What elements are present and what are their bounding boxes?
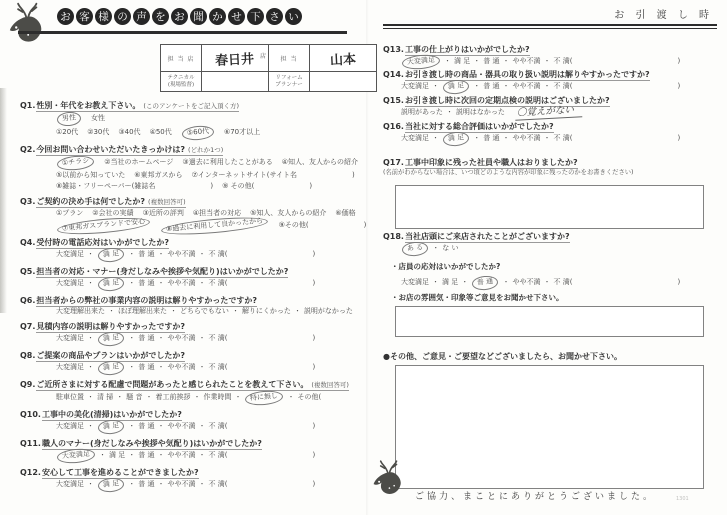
option: ⑧過去に利用して良かったから <box>166 217 264 233</box>
question-q3: Q3.ご契約の決め手は何でしたか?(複数回答可)①プラン②会社の実績③近所の評判… <box>20 196 360 233</box>
store-value-cell: 春日井 店 <box>202 45 269 72</box>
question-number: Q2. <box>20 145 35 154</box>
question-q10: Q10.工事中の美化(清掃)はいかがでしたか?大変満足・満 足・普 通・やや不満… <box>20 409 360 434</box>
separator: ・ <box>157 480 164 488</box>
separator: ・ <box>502 57 509 65</box>
option: ) <box>677 57 680 65</box>
option: ) <box>312 451 315 459</box>
question-note: (どれか1つ) <box>188 146 223 154</box>
banner-char: せ <box>228 8 245 25</box>
option: ) <box>312 480 315 488</box>
option: 普 通 <box>138 363 154 371</box>
separator: ・ <box>432 278 439 286</box>
option: ほぼ理解出来た <box>118 307 167 315</box>
option: ) <box>312 279 315 287</box>
separator: ・ <box>432 244 439 252</box>
question-number: Q9. <box>20 380 35 389</box>
rep-name-handwritten: 山本 <box>330 48 357 68</box>
option: 不 満( <box>553 57 572 65</box>
option: ⑥東邦ガスから <box>134 171 182 179</box>
option: ) <box>312 363 315 371</box>
option: ②当社のホームページ <box>104 158 173 166</box>
question-title: Q6.担当者からの弊社の事業内容の説明は解りやすかったですか? <box>20 295 360 306</box>
option: やや不満 <box>512 278 540 286</box>
option: 不 満( <box>208 480 227 488</box>
separator: ・ <box>198 334 205 342</box>
thanks-message: ご協力、まことにありがとうございました。 <box>415 489 655 502</box>
separator: ・ <box>543 278 550 286</box>
question-number: Q13. <box>383 45 404 54</box>
option: 普 通 <box>477 277 494 286</box>
question-q13: Q13.工事の仕上がりはいかがでしたか?大変満足・満 足・普 通・やや不満・不 … <box>383 44 680 69</box>
option: ②30代 <box>87 128 109 136</box>
option: ) <box>677 278 680 286</box>
option: ⑤以前から知っていた <box>56 171 125 179</box>
banner-char: 下 <box>247 8 264 25</box>
option: 普 通 <box>138 279 154 287</box>
option-line: 大変理解出来た・ほぼ理解出来た・どちらでもない・解りにくかった・説明がなかった <box>20 306 360 317</box>
option: 説明はなかった <box>456 108 505 116</box>
separator: ・ <box>432 82 439 90</box>
separator: ・ <box>87 279 94 287</box>
option: 大変満足 <box>62 450 91 460</box>
option: やや不満 <box>167 480 195 488</box>
option: やや不満 <box>512 57 540 65</box>
question-number: Q10. <box>20 410 41 419</box>
question-title: Q17.工事中印象に残った社員や職人はおりましたか? <box>383 157 634 168</box>
option: ) <box>210 182 213 190</box>
option: 大変満足 <box>56 480 84 488</box>
option-line: 大変満足・満 足・普 通・やや不満・不 満() <box>20 248 360 262</box>
separator: ・ <box>157 279 164 287</box>
pen-circle-mark: 普 通 <box>472 275 499 291</box>
separator: ・ <box>543 134 550 142</box>
option-line: 大変満足・満 足・普 通・やや不満・不 満() <box>383 80 680 94</box>
question-title: Q11.職人のマナー(身だしなみや挨拶や気配り)はいかがでしたか? <box>20 438 360 449</box>
option: ①チラシ <box>62 157 90 167</box>
question-q16: Q16.当社に対する総合評価はいかがでしたか?大変満足・満 足・普 通・やや不満… <box>383 121 680 146</box>
rep-value-cell: 山本 <box>310 45 377 72</box>
option: 大変満足 <box>401 278 429 286</box>
pen-circle-mark: 大変満足 <box>56 447 95 464</box>
option: 大変満足 <box>56 422 84 430</box>
option: 不 満( <box>208 451 227 459</box>
option-line: 駐車位置・清 掃・騒 音・着工前挨拶・作業時間・特に無し・その他() <box>20 391 360 405</box>
separator: ・ <box>502 82 509 90</box>
option: 特に無し <box>250 392 279 402</box>
banner-underline <box>18 31 347 34</box>
question-text: 当社に対する総合評価はいかがでしたか? <box>405 122 554 131</box>
option: やや不満 <box>167 250 195 258</box>
technical-value-cell <box>202 72 269 92</box>
banner-char: 客 <box>76 8 93 25</box>
option: ⑨ その他( <box>222 182 254 190</box>
question-q2: Q2.今回お問い合わせいただいたきっかけは?(どれか1つ)①チラシ②当社のホーム… <box>20 144 360 192</box>
question-title: Q16.当社に対する総合評価はいかがでしたか? <box>383 121 680 132</box>
question-number: Q4. <box>20 238 35 247</box>
question-number: Q5. <box>20 267 35 276</box>
q18box-writein-box[interactable] <box>395 306 704 337</box>
option: 満 足 <box>103 421 120 430</box>
planner-label: リフォームプランナー <box>269 72 310 92</box>
separator: ・ <box>432 134 439 142</box>
question-q8: Q8.ご提案の商品やプランはいかがでしたか?大変満足・満 足・普 通・やや不満・… <box>20 350 360 375</box>
question-text: 今回お問い合わせいただいたきっかけは? <box>36 145 185 154</box>
right-blocks: Q13.工事の仕上がりはいかがでしたか?大変満足・満 足・普 通・やや不満・不 … <box>383 0 719 515</box>
option: 普 通 <box>138 334 154 342</box>
question-text: 安心して工事を進めることができましたか? <box>42 468 199 477</box>
option: 満 足 <box>448 81 465 90</box>
banner-char: い <box>285 8 302 25</box>
separator: ・ <box>116 393 123 401</box>
separator: ・ <box>128 279 135 287</box>
option: ) <box>312 422 315 430</box>
option: 大変満足 <box>56 334 84 342</box>
option: ⑨その他( <box>279 221 309 229</box>
question-text: 工事中印象に残った社員や職人はおりましたか? <box>405 158 578 167</box>
q18sub2-label: ・お店の雰囲気・印象等ご意見をお聞かせ下さい。 <box>391 292 564 303</box>
pen-circle-mark: 男性 <box>56 111 81 127</box>
pen-circle-mark: 満 足 <box>97 247 124 263</box>
pen-circle-mark: ⑤60代 <box>181 125 214 142</box>
separator: ・ <box>198 422 205 430</box>
option: ③過去に利用したことがある <box>182 158 272 166</box>
option-line: 男性女性 <box>20 112 360 126</box>
option: ⑤60代 <box>186 127 209 137</box>
question-number: Q16. <box>383 122 404 131</box>
separator: ・ <box>157 363 164 371</box>
option-line: 大変満足・満 足・普 通・やや不満・不 満() <box>20 478 360 492</box>
store-suffix: 店 <box>260 51 266 60</box>
option: 普 通 <box>483 134 499 142</box>
option-line: ⑧雑誌・フリーペーパー(雑誌名)⑨ その他() <box>20 181 360 192</box>
option: ⑥70才以上 <box>224 128 260 136</box>
question-text: ご契約の決め手は何でしたか? <box>36 197 145 206</box>
separator: ・ <box>128 422 135 430</box>
option: 不 満( <box>208 422 227 430</box>
question-text: 受付時の電話応対はいかがでしたか? <box>36 238 169 247</box>
other-label: ●その他、ご意見・ご要望などございましたら、お聞かせ下さい。 <box>383 351 622 362</box>
separator: ・ <box>87 250 94 258</box>
option: 不 満( <box>553 134 572 142</box>
option-line: 大変満足・満 足・普 通・やや不満・不 満() <box>20 449 360 463</box>
option: 大変満足 <box>401 134 429 142</box>
option: 不 満( <box>208 250 227 258</box>
option: 大変満足 <box>56 250 84 258</box>
question-q17: Q17.工事中印象に残った社員や職人はおりましたか?(名前がわからない場合は、い… <box>383 157 634 178</box>
question-title: Q12.安心して工事を進めることができましたか? <box>20 467 360 478</box>
separator: ・ <box>473 82 480 90</box>
question-q1: Q1.性別・年代をお教え下さい。(このアンケートをご記入頂く方)男性女性①20代… <box>20 100 360 140</box>
separator: ・ <box>198 363 205 371</box>
option-line: ⑦東邦ガスブランドで安心⑧過去に利用して良かったから⑨その他() <box>20 219 360 233</box>
question-q14: Q14.お引き渡し時の商品・器具の取り扱い説明は解りやすかったですか?大変満足・… <box>383 69 680 94</box>
question-text: ご近所さまに対する配慮で問題があったと感じられたことを教えて下さい。 <box>36 380 308 389</box>
option: 大変満足 <box>56 279 84 287</box>
question-note: (このアンケートをご記入頂く方) <box>143 102 239 110</box>
technical-label: テクニカル(現場監督) <box>161 72 202 92</box>
separator: ・ <box>193 393 200 401</box>
option-line: ⑤以前から知っていた⑥東邦ガスから⑦インターネットサイト(サイト名) <box>20 170 360 181</box>
separator: ・ <box>461 278 468 286</box>
option: ④知人、友人からの紹介 <box>282 158 358 166</box>
separator: ・ <box>294 307 301 315</box>
question-title: Q5.担当者の対応・マナー(身だしなみや挨拶や気配り)はいかがでしたか? <box>20 266 360 277</box>
question-text: 担当者からの弊社の事業内容の説明は解りやすかったですか? <box>36 296 257 305</box>
option: ③近所の評判 <box>143 209 184 217</box>
option: ) <box>677 134 680 142</box>
option: 不 満( <box>208 363 227 371</box>
separator: ・ <box>157 250 164 258</box>
question-text: 工事の仕上がりはいかがでしたか? <box>405 45 530 54</box>
separator: ・ <box>128 480 135 488</box>
form-code: 1301 <box>676 496 689 502</box>
option: 満 足 <box>103 249 120 258</box>
separator: ・ <box>128 451 135 459</box>
pen-circle-mark: 満 足 <box>97 331 124 347</box>
option: ②会社の実績 <box>92 209 133 217</box>
question-q15: Q15.お引き渡し時に次回の定期点検の説明はございましたか?説明があった・説明は… <box>383 95 610 119</box>
q18sub1-label: ・店員の応対はいかがでしたか? <box>391 261 500 272</box>
pen-circle-mark: 満 足 <box>97 360 124 376</box>
pen-circle-mark: 満 足 <box>97 419 124 435</box>
option-line: 大変満足・満 足・普 通・やや不満・不 満() <box>383 132 680 146</box>
question-number: Q1. <box>20 101 35 110</box>
separator: ・ <box>502 134 509 142</box>
option: 不 満( <box>553 278 572 286</box>
option: 騒 音 <box>126 393 142 401</box>
pen-circle-mark: 満 足 <box>97 477 124 493</box>
option: 大変満足 <box>56 363 84 371</box>
option-line: ①チラシ②当社のホームページ③過去に利用したことがある④知人、友人からの紹介 <box>20 156 360 170</box>
option: 普 通 <box>138 451 154 459</box>
separator: ・ <box>157 334 164 342</box>
option: 普 通 <box>138 250 154 258</box>
banner-char: 声 <box>133 8 150 25</box>
option: 説明があった <box>401 108 443 116</box>
question-text: ご提案の商品やプランはいかがでしたか? <box>36 351 185 360</box>
banner-char: か <box>209 8 226 25</box>
separator: ・ <box>232 307 239 315</box>
pen-circle-mark: 特に無し <box>245 389 284 406</box>
option: やや不満 <box>167 334 195 342</box>
question-number: Q14. <box>383 70 404 79</box>
question-number: Q12. <box>20 468 41 477</box>
option: ) <box>364 221 367 229</box>
separator: ・ <box>543 57 550 65</box>
question-q12: Q12.安心して工事を進めることができましたか?大変満足・満 足・普 通・やや不… <box>20 467 360 492</box>
question-title: Q8.ご提案の商品やプランはいかがでしたか? <box>20 350 360 361</box>
option: やや不満 <box>512 134 540 142</box>
separator: ・ <box>198 250 205 258</box>
option: ④担当者の対応 <box>193 209 241 217</box>
separator: ・ <box>87 422 94 430</box>
left-questions: Q1.性別・年代をお教え下さい。(このアンケートをご記入頂く方)男性女性①20代… <box>20 100 360 496</box>
question-q18: Q18.当社店頭にご来店されたことがございますか?あ る・な い <box>383 231 570 256</box>
banner-char: 聞 <box>190 8 207 25</box>
option: 満 足 <box>442 278 458 286</box>
question-text: 工事中の美化(清掃)はいかがでしたか? <box>42 410 182 419</box>
option: やや不満 <box>167 422 195 430</box>
store-name-handwritten: 春日井 <box>215 47 255 68</box>
question-number: Q17. <box>383 158 404 167</box>
question-number: Q8. <box>20 351 35 360</box>
option: 満 足 <box>448 133 465 142</box>
option: 普 通 <box>483 82 499 90</box>
option: あ る <box>407 243 424 252</box>
pen-circle-mark: ⑦東邦ガスブランドで安心 <box>57 215 151 237</box>
question-q7: Q7.見積内容の説明は解りやすかったですか?大変満足・満 足・普 通・やや不満・… <box>20 321 360 346</box>
banner-char: を <box>152 8 169 25</box>
question-title: Q14.お引き渡し時の商品・器具の取り扱い説明は解りやすかったですか? <box>383 69 680 80</box>
question-number: Q6. <box>20 296 35 305</box>
option: ) <box>312 334 315 342</box>
question-q9: Q9.ご近所さまに対する配慮で問題があったと感じられたことを教えて下さい。(複数… <box>20 379 360 405</box>
option: 満 足 <box>454 57 470 65</box>
option: ) <box>352 171 355 179</box>
question-number: Q11. <box>20 439 41 448</box>
question-text: 見積内容の説明は解りやすかったですか? <box>36 322 185 331</box>
option-line: 大変満足・満 足・普 通・やや不満・不 満() <box>383 55 680 69</box>
option: 説明がなかった <box>304 307 353 315</box>
question-q11: Q11.職人のマナー(身だしなみや挨拶や気配り)はいかがでしたか?大変満足・満 … <box>20 438 360 463</box>
question-text: 当社店頭にご来店されたことがございますか? <box>405 232 570 241</box>
option-line: 大変満足・満 足・普 通・やや不満・不 満() <box>20 420 360 434</box>
separator: ・ <box>157 451 164 459</box>
separator: ・ <box>198 451 205 459</box>
option-line: 大変満足・満 足・普 通・やや不満・不 満() <box>20 361 360 375</box>
option: 満 足 <box>103 479 120 488</box>
option: ⑧雑誌・フリーペーパー(雑誌名 <box>56 182 155 190</box>
question-q5: Q5.担当者の対応・マナー(身だしなみや挨拶や気配り)はいかがでしたか?大変満足… <box>20 266 360 291</box>
question-title: Q7.見積内容の説明は解りやすかったですか? <box>20 321 360 332</box>
question-number: Q3. <box>20 197 35 206</box>
question-title: Q9.ご近所さまに対する配慮で問題があったと感じられたことを教えて下さい。(複数… <box>20 379 360 391</box>
question-title: Q3.ご契約の決め手は何でしたか?(複数回答可) <box>20 196 360 208</box>
q17box-writein-box[interactable] <box>395 185 704 229</box>
banner-title: お客様の声をお聞かせ下さい <box>57 8 302 25</box>
banner-char: お <box>57 8 74 25</box>
option: その他( <box>297 393 321 401</box>
option: 解りにくかった <box>242 307 291 315</box>
separator: ・ <box>108 307 115 315</box>
option: 不 満( <box>208 334 227 342</box>
question-text: 性別・年代をお教え下さい。 <box>36 101 140 110</box>
question-text: 職人のマナー(身だしなみや挨拶や気配り)はいかがでしたか? <box>42 439 262 448</box>
option: ④50代 <box>150 128 172 136</box>
banner-char: お <box>171 8 188 25</box>
question-number: Q18. <box>383 232 404 241</box>
option-line: 大変満足・満 足・普 通・やや不満・不 満() <box>20 277 360 291</box>
pen-circle-mark: あ る <box>401 241 428 257</box>
option-line: 説明があった・説明はなかった〇覚えがない <box>383 106 610 119</box>
pen-circle-mark: 満 足 <box>97 276 124 292</box>
separator: ・ <box>502 278 509 286</box>
banner-char: 様 <box>95 8 112 25</box>
option: 駐車位置 <box>56 393 84 401</box>
option: ) <box>312 250 315 258</box>
separator: ・ <box>198 279 205 287</box>
separator: ・ <box>87 480 94 488</box>
option: やや不満 <box>167 279 195 287</box>
pen-circle-mark: 満 足 <box>442 79 469 95</box>
option: ⑦インターネットサイト(サイト名 <box>192 171 297 179</box>
separator: ・ <box>473 57 480 65</box>
separator: ・ <box>128 334 135 342</box>
deer-footer-icon <box>372 458 410 496</box>
option: 不 満( <box>208 279 227 287</box>
option: ①20代 <box>56 128 78 136</box>
question-number: Q7. <box>20 322 35 331</box>
separator: ・ <box>444 57 451 65</box>
question-title: Q10.工事中の美化(清掃)はいかがでしたか? <box>20 409 360 420</box>
option: ③40代 <box>118 128 140 136</box>
question-subnote: (名前がわからない場合は、いつ頃どのような内容が印象に残ったのかをお書きください… <box>383 168 634 178</box>
separator: ・ <box>157 422 164 430</box>
option: 満 足 <box>103 278 120 287</box>
pen-circle-mark: 満 足 <box>442 131 469 147</box>
otherbox-writein-box[interactable] <box>395 365 704 489</box>
option: 男性 <box>62 113 77 122</box>
option: どちらでもない <box>180 307 229 315</box>
option: 大変満足 <box>401 82 429 90</box>
separator: ・ <box>128 363 135 371</box>
question-q4: Q4.受付時の電話応対はいかがでしたか?大変満足・満 足・普 通・やや不満・不 … <box>20 237 360 262</box>
banner-char: の <box>114 8 131 25</box>
separator: ・ <box>543 82 550 90</box>
option-line: あ る・な い <box>383 242 570 256</box>
option: 満 足 <box>103 333 120 342</box>
staff-table: 担 当 店 春日井 店 担 当 山本 テクニカル(現場監督) リフォームプランナ… <box>160 44 377 92</box>
option: 清 掃 <box>97 393 113 401</box>
separator: ・ <box>128 250 135 258</box>
question-number: Q15. <box>383 96 404 105</box>
option: やや不満 <box>512 82 540 90</box>
question-title: Q13.工事の仕上がりはいかがでしたか? <box>383 44 680 55</box>
store-label: 担 当 店 <box>161 45 202 72</box>
option: 女性 <box>91 114 105 122</box>
option: 普 通 <box>138 480 154 488</box>
option: ) <box>309 182 312 190</box>
question-title: Q4.受付時の電話応対はいかがでしたか? <box>20 237 360 248</box>
separator: ・ <box>446 108 453 116</box>
question-text: お引き渡し時の商品・器具の取り扱い説明は解りやすかったですか? <box>405 70 650 79</box>
separator: ・ <box>287 393 294 401</box>
deer-logo-icon <box>8 1 52 43</box>
separator: ・ <box>473 134 480 142</box>
separator: ・ <box>99 451 106 459</box>
question-note: (複数回答可) <box>148 198 186 206</box>
separator: ・ <box>87 363 94 371</box>
option-line: 大変満足・満 足・普 通・やや不満・不 満() <box>383 276 680 290</box>
question-q6: Q6.担当者からの弊社の事業内容の説明は解りやすかったですか?大変理解出来た・ほ… <box>20 295 360 317</box>
option: 大変満足 <box>407 56 436 66</box>
option: やや不満 <box>167 363 195 371</box>
question-title: Q1.性別・年代をお教え下さい。(このアンケートをご記入頂く方) <box>20 100 360 112</box>
option: 着工前挨拶 <box>155 393 190 401</box>
option-line: 大変満足・満 足・普 通・やや不満・不 満() <box>20 332 360 346</box>
option: ⑦東邦ガスブランドで安心 <box>62 217 146 232</box>
option: ①プラン <box>56 209 83 217</box>
separator: ・ <box>87 393 94 401</box>
separator: ・ <box>170 307 177 315</box>
rep-label: 担 当 <box>269 45 310 72</box>
banner-char: さ <box>266 8 283 25</box>
option: な い <box>442 244 458 252</box>
option: 普 通 <box>138 422 154 430</box>
separator: ・ <box>87 334 94 342</box>
option: 大変理解出来た <box>56 307 105 315</box>
